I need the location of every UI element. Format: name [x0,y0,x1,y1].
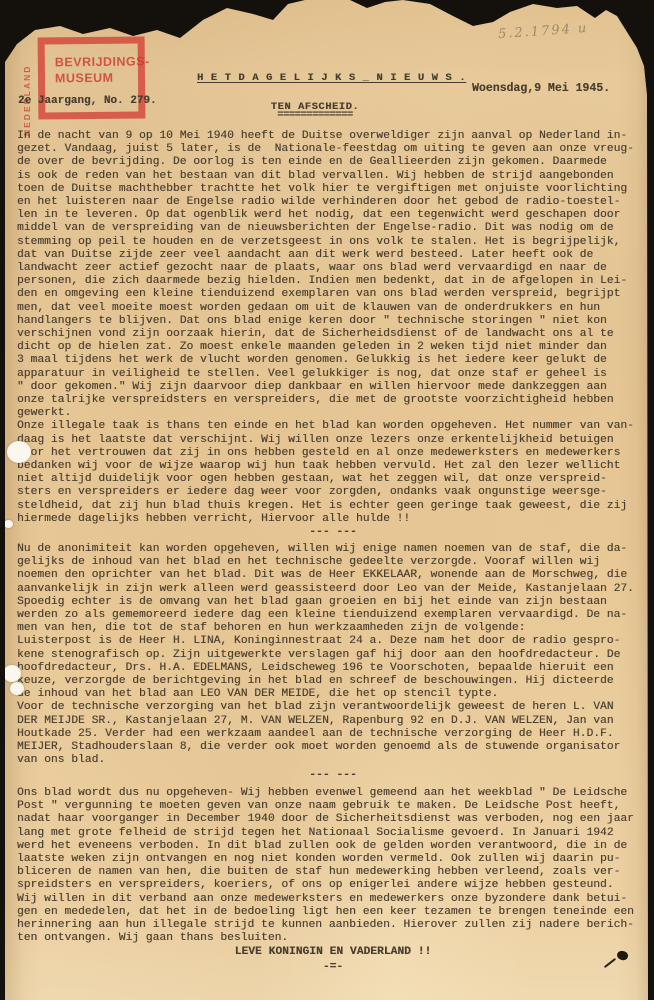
museum-stamp: BEVRIJDINGS- MUSEUM [38,36,146,119]
masthead-title: H E T D A G E L I J K S _ N I E U W S . [197,72,466,84]
paper-sheet: NEDERLAND BEVRIJDINGS- MUSEUM 2e Jaargan… [5,0,649,1000]
body-paragraph-1: In de nacht van 9 op 10 Mei 1940 heeft d… [17,130,649,526]
stamp-side-text: NEDERLAND [22,40,32,136]
closing-slogan: LEVE KONINGIN EN VADERLAND !! [17,946,649,958]
date-line: Woensdag,9 Mei 1945. [472,82,610,95]
end-mark: -=- [17,961,649,973]
punch-hole-top [7,441,31,463]
body-paragraph-3: Ons blad wordt dus nu opgeheven- Wij heb… [17,787,649,945]
punch-hole-small [4,520,13,528]
issue-number: 2e Jaargang, No. 279. [18,95,157,107]
newspaper-scan: NEDERLAND BEVRIJDINGS- MUSEUM 2e Jaargan… [0,0,654,1000]
punch-hole-bottom [3,665,21,682]
body-paragraph-2: Nu de anonimiteit kan worden opgeheven, … [17,543,649,767]
punch-hole-bottom-2 [10,682,24,695]
separator-1: --- --- [17,526,649,538]
stamp-line1: BEVRIJDINGS- [55,54,138,71]
separator-2: --- --- [17,769,649,781]
archive-pencil-note: 5.2.1794 u [498,21,589,42]
stamp-line2: MUSEUM [55,70,138,87]
